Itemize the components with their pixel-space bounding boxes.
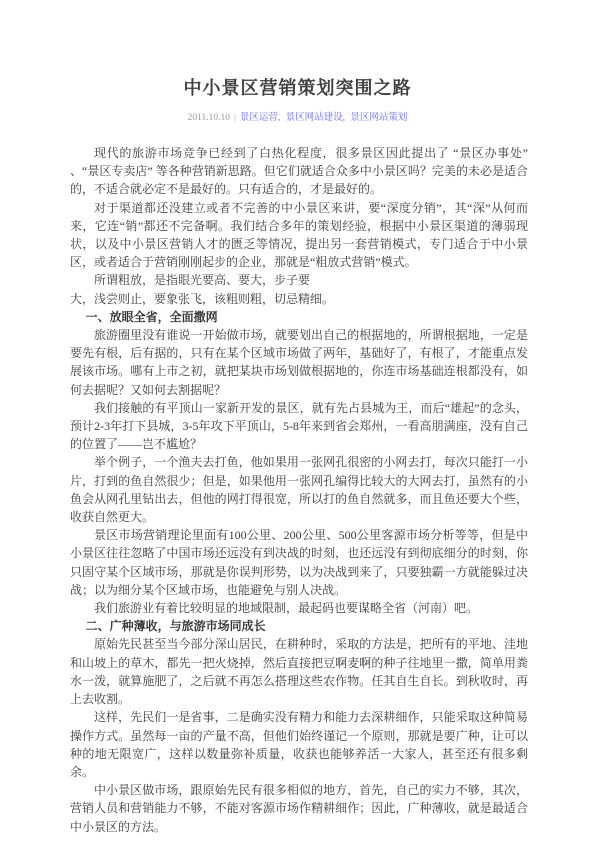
- article-body: 现代的旅游市场竞争已经到了白热化程度，很多景区因此提出了 “景区办事处” 、“景…: [70, 144, 528, 836]
- paragraph-section2-1: 原始先民甚至当今部分深山居民，在耕种时，采取的方法是，把所有的平地、洼地和山坡上…: [70, 635, 528, 708]
- article-date: 2011.10.10: [188, 113, 230, 123]
- paragraph-section2-2: 这样，先民们一是省事，二是确实没有精力和能力去深耕细作，只能采取这种简易操作方式…: [70, 708, 528, 781]
- paragraph-line: 大，浅尝则止，要象张飞，该粗则粗，切忌精细。: [70, 292, 334, 306]
- paragraph-section2-3: 中小景区做市场，跟原始先民有很多相似的地方，首先，自己的实力不够，其次，营销人员…: [70, 781, 528, 836]
- paragraph-section1-1: 旅游圈里没有谁说一开始做市场，就要划出自己的根据地的，所谓根据地，一定是要先有根…: [70, 326, 528, 399]
- page-title: 中小景区营销策划突围之路: [0, 0, 595, 100]
- paragraph-intro-1: 现代的旅游市场竞争已经到了白热化程度，很多景区因此提出了 “景区办事处” 、“景…: [70, 144, 528, 199]
- paragraph-intro-3: 所谓粗放，是指眼光要高、要大，步子要大，浅尝则止，要象张飞，该粗则粗，切忌精细。: [70, 271, 528, 307]
- tag-link-website-construction[interactable]: 景区网站建设: [286, 113, 343, 123]
- tag-link-scenic-operation[interactable]: 景区运营: [240, 113, 278, 123]
- paragraph-section1-3: 举个例子，一个渔夫去打鱼，他如果用一张网孔很密的小网去打，每次只能打一小片，打到…: [70, 453, 528, 526]
- tag-separator: ,: [343, 113, 345, 123]
- section-heading-2: 二、广种薄收，与旅游市场同成长: [70, 617, 528, 635]
- tag-separator: ,: [278, 113, 280, 123]
- paragraph-line: 所谓粗放，是指眼光要高、要大，步子要: [94, 273, 310, 287]
- section-heading-1: 一、放眼全省，全面撒网: [70, 308, 528, 326]
- paragraph-section1-2: 我们接触的有平顶山一家新开发的景区，就有先占县城为王，而后“雄起”的念头，预计2…: [70, 399, 528, 454]
- paragraph-intro-2: 对于渠道都还没建立或者不完善的中小景区来讲，要“深度分销”，其“深”从何而来，它…: [70, 199, 528, 272]
- paragraph-section1-4: 景区市场营销理论里面有100公里、200公里、500公里客源市场分析等等，但是中…: [70, 526, 528, 599]
- meta-separator: |: [234, 113, 236, 123]
- document-page: 中小景区营销策划突围之路 2011.10.10|景区运营, 景区网站建设, 景区…: [0, 0, 595, 842]
- paragraph-section1-5: 我们旅游业有着比较明显的地域限制，最起码也要谋略全省（河南）吧。: [70, 599, 528, 617]
- tag-link-website-planning[interactable]: 景区网站策划: [350, 113, 407, 123]
- article-meta: 2011.10.10|景区运营, 景区网站建设, 景区网站策划: [0, 109, 595, 123]
